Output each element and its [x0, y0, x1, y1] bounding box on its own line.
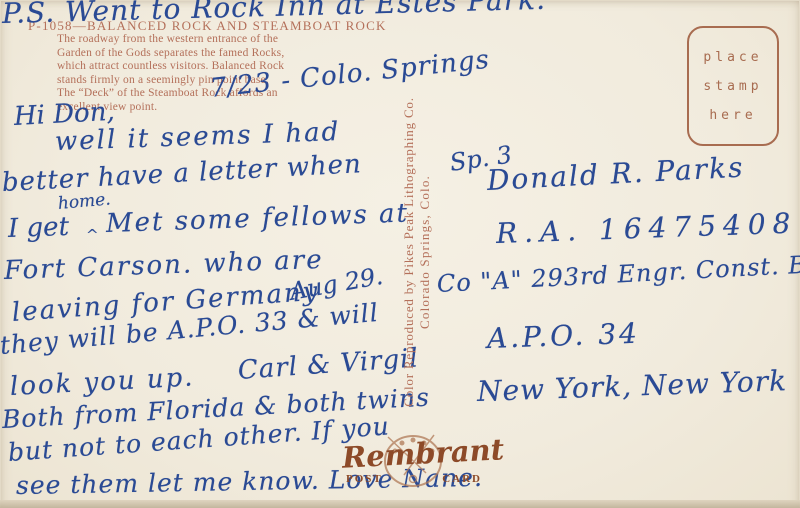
- message-line-start: I get: [7, 212, 69, 244]
- publisher-credit-line2: Colorado Springs, Colo.: [417, 52, 433, 452]
- message-line-names: Carl & Virgil: [237, 343, 420, 386]
- rembrant-logo: Rembrant POST CARD: [342, 433, 484, 491]
- address-city: New York, New York: [476, 364, 787, 408]
- stamp-box: place stamp here: [687, 26, 779, 146]
- stamp-box-line: here: [689, 108, 777, 123]
- message-insertion: home.: [57, 189, 111, 214]
- logo-script: Rembrant: [341, 433, 485, 474]
- address-unit: Co "A" 293rd Engr. Const. Bn.: [436, 249, 800, 298]
- publisher-credit: Color Reproduced by Pikes Peak Lithograp…: [401, 52, 433, 452]
- postcard-back: P-1058—BALANCED ROCK AND STEAMBOAT ROCK …: [0, 0, 800, 508]
- caption-line: The roadway from the western entrance of…: [57, 33, 284, 47]
- address-service-number: R.A. 16475408: [495, 206, 797, 250]
- publisher-credit-line1: Color Reproduced by Pikes Peak Lithograp…: [401, 52, 417, 452]
- address-name: Donald R. Parks: [486, 151, 745, 197]
- address-apo: A.P.O. 34: [486, 317, 640, 355]
- stamp-box-line: place: [689, 50, 777, 65]
- logo-post-label: POST: [346, 473, 383, 485]
- caption-line: Garden of the Gods separates the famed R…: [57, 47, 284, 61]
- stamp-box-line: stamp: [689, 79, 777, 94]
- caret-mark: ^: [86, 226, 99, 244]
- logo-card-label: CARD: [442, 473, 482, 485]
- message-line-rest: Met some fellows at: [105, 198, 409, 239]
